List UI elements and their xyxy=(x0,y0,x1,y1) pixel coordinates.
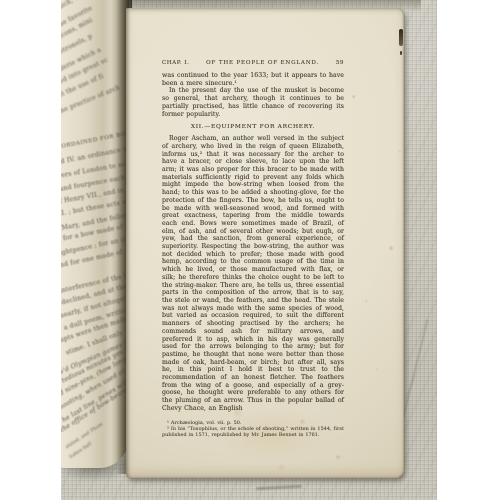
foxing-spot xyxy=(186,338,189,341)
paragraph-continuation: was continued to the year 1633; but it a… xyxy=(162,72,344,87)
photo-of-open-book: the which, notties, which, the wrnce the… xyxy=(0,0,500,500)
foxing-spot xyxy=(398,150,401,153)
running-head: CHAP. I. OF THE PEOPLE OF ENGLAND. 59 xyxy=(162,60,344,66)
foxing-spot xyxy=(389,246,394,251)
right-page: CHAP. I. OF THE PEOPLE OF ENGLAND. 59 wa… xyxy=(126,8,404,478)
foxing-spot xyxy=(352,95,356,99)
foxing-spot xyxy=(246,68,249,71)
foxing-spot xyxy=(172,424,176,428)
foxing-spot xyxy=(278,464,286,472)
foxing-spot xyxy=(233,408,244,419)
paragraph-ascham: Roger Ascham, an author well versed in t… xyxy=(162,135,344,412)
page-text-block: CHAP. I. OF THE PEOPLE OF ENGLAND. 59 wa… xyxy=(162,60,344,438)
section-heading: XII.—EQUIPMENT FOR ARCHERY. xyxy=(162,124,344,130)
fore-edge-speck xyxy=(400,51,402,55)
running-title: OF THE PEOPLE OF ENGLAND. xyxy=(206,60,319,66)
footnote-2: ² In his “Toxophilus, or the schole of s… xyxy=(162,426,344,438)
foxing-spot xyxy=(365,300,368,303)
fore-edge-mark xyxy=(399,29,403,46)
paragraph-musket: In the present day the use of the musket… xyxy=(162,87,344,118)
page-number: 59 xyxy=(336,60,344,66)
chapter-label: CHAP. I. xyxy=(162,60,189,66)
footnotes: ¹ Archæologia, vol. vii. p. 50. ² In his… xyxy=(162,420,344,438)
book-photo: the which, notties, which, the wrnce the… xyxy=(61,0,437,500)
foxing-spot xyxy=(376,368,379,371)
foxing-spot xyxy=(336,455,341,460)
foxing-spot xyxy=(300,419,306,425)
